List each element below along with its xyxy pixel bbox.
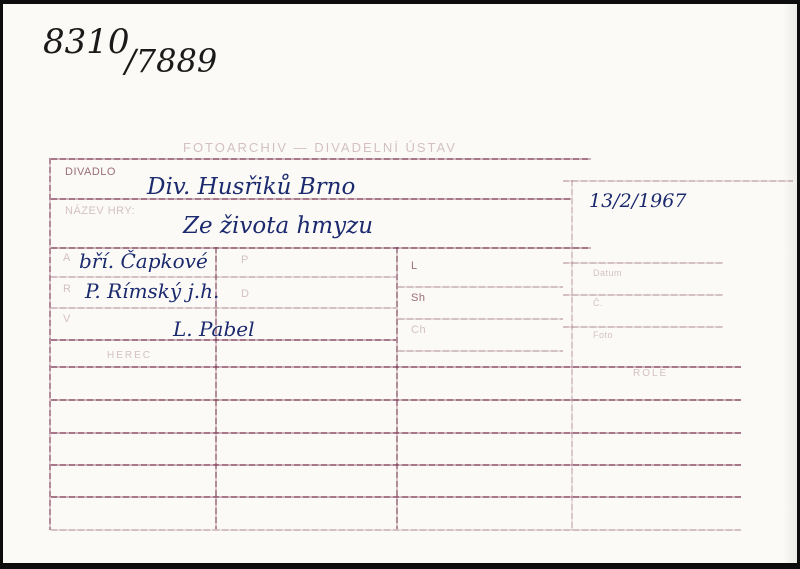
label-v: V (63, 313, 71, 325)
label-right-3: Foto (593, 330, 613, 340)
inventory-number: 8310 (43, 22, 130, 62)
label-herec: HEREC (107, 350, 152, 361)
stamp-header: FOTOARCHIV — DIVADELNÍ ÚSTAV (183, 140, 457, 155)
label-r: R (63, 283, 71, 295)
label-d: D (241, 288, 249, 300)
grid-line (51, 307, 396, 309)
grid-line (51, 276, 396, 278)
grid-line-bottom (51, 529, 741, 531)
label-l: L (411, 260, 418, 272)
grid-line (563, 294, 723, 296)
card-edge-shadow (783, 4, 797, 563)
nazev-hry-value: Ze života hmyzu (183, 213, 373, 239)
label-p: P (241, 254, 249, 266)
grid-line-top (51, 158, 591, 160)
grid-line (398, 318, 563, 320)
r-value: P. Rímský j.h. (85, 279, 219, 303)
grid-vline (571, 180, 573, 530)
label-a: A (63, 252, 71, 264)
label-role: ROLE (633, 368, 668, 379)
grid-line (398, 286, 563, 288)
grid-line (563, 326, 723, 328)
date-value: 13/2/1967 (589, 190, 686, 212)
label-divadlo: DIVADLO (65, 166, 116, 178)
grid-line (398, 350, 563, 352)
label-nazev-hry: NÁZEV HRY: (65, 205, 135, 217)
label-right-2: Č. (593, 298, 603, 308)
archive-photo-card: 8310 /7889 FOTOARCHIV — DIVADELNÍ ÚSTAV … (3, 4, 797, 563)
label-sh: Sh (411, 292, 425, 304)
a-value: bří. Čapkové (79, 249, 208, 273)
divadlo-value: Div. Husřiků Brno (147, 174, 355, 200)
grid-line (563, 180, 793, 182)
grid-vline-left (49, 158, 51, 530)
label-right-1: Datum (593, 268, 622, 278)
label-ch: Ch (411, 324, 426, 336)
grid-vline (396, 247, 398, 529)
v-value: L. Pabel (173, 317, 255, 341)
grid-line (563, 262, 723, 264)
inventory-number-sub: /7889 (125, 42, 217, 80)
